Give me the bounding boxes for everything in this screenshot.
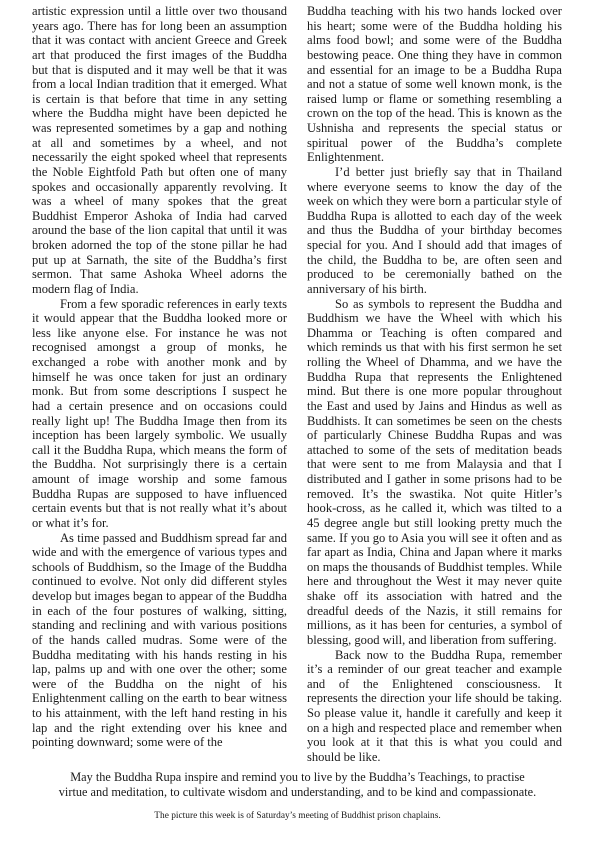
paragraph: Buddha teaching with his two hands locke… (307, 4, 562, 165)
paragraph: I’d better just briefly say that in Thai… (307, 165, 562, 297)
paragraph: So as symbols to represent the Buddha an… (307, 297, 562, 648)
paragraph: Back now to the Buddha Rupa, remember it… (307, 648, 562, 765)
left-column: artistic expression until a little over … (32, 4, 287, 765)
closing-blessing: May the Buddha Rupa inspire and remind y… (40, 770, 555, 800)
two-column-body: artistic expression until a little over … (32, 4, 562, 765)
closing-blessing-line-1: May the Buddha Rupa inspire and remind y… (70, 770, 525, 784)
paragraph: As time passed and Buddhism spread far a… (32, 531, 287, 750)
closing-blessing-line-2: virtue and meditation, to cultivate wisd… (59, 785, 536, 799)
paragraph: artistic expression until a little over … (32, 4, 287, 297)
picture-caption: The picture this week is of Saturday’s m… (40, 810, 555, 822)
paragraph: From a few sporadic references in early … (32, 297, 287, 531)
right-column: Buddha teaching with his two hands locke… (307, 4, 562, 765)
document-page: artistic expression until a little over … (0, 0, 595, 842)
